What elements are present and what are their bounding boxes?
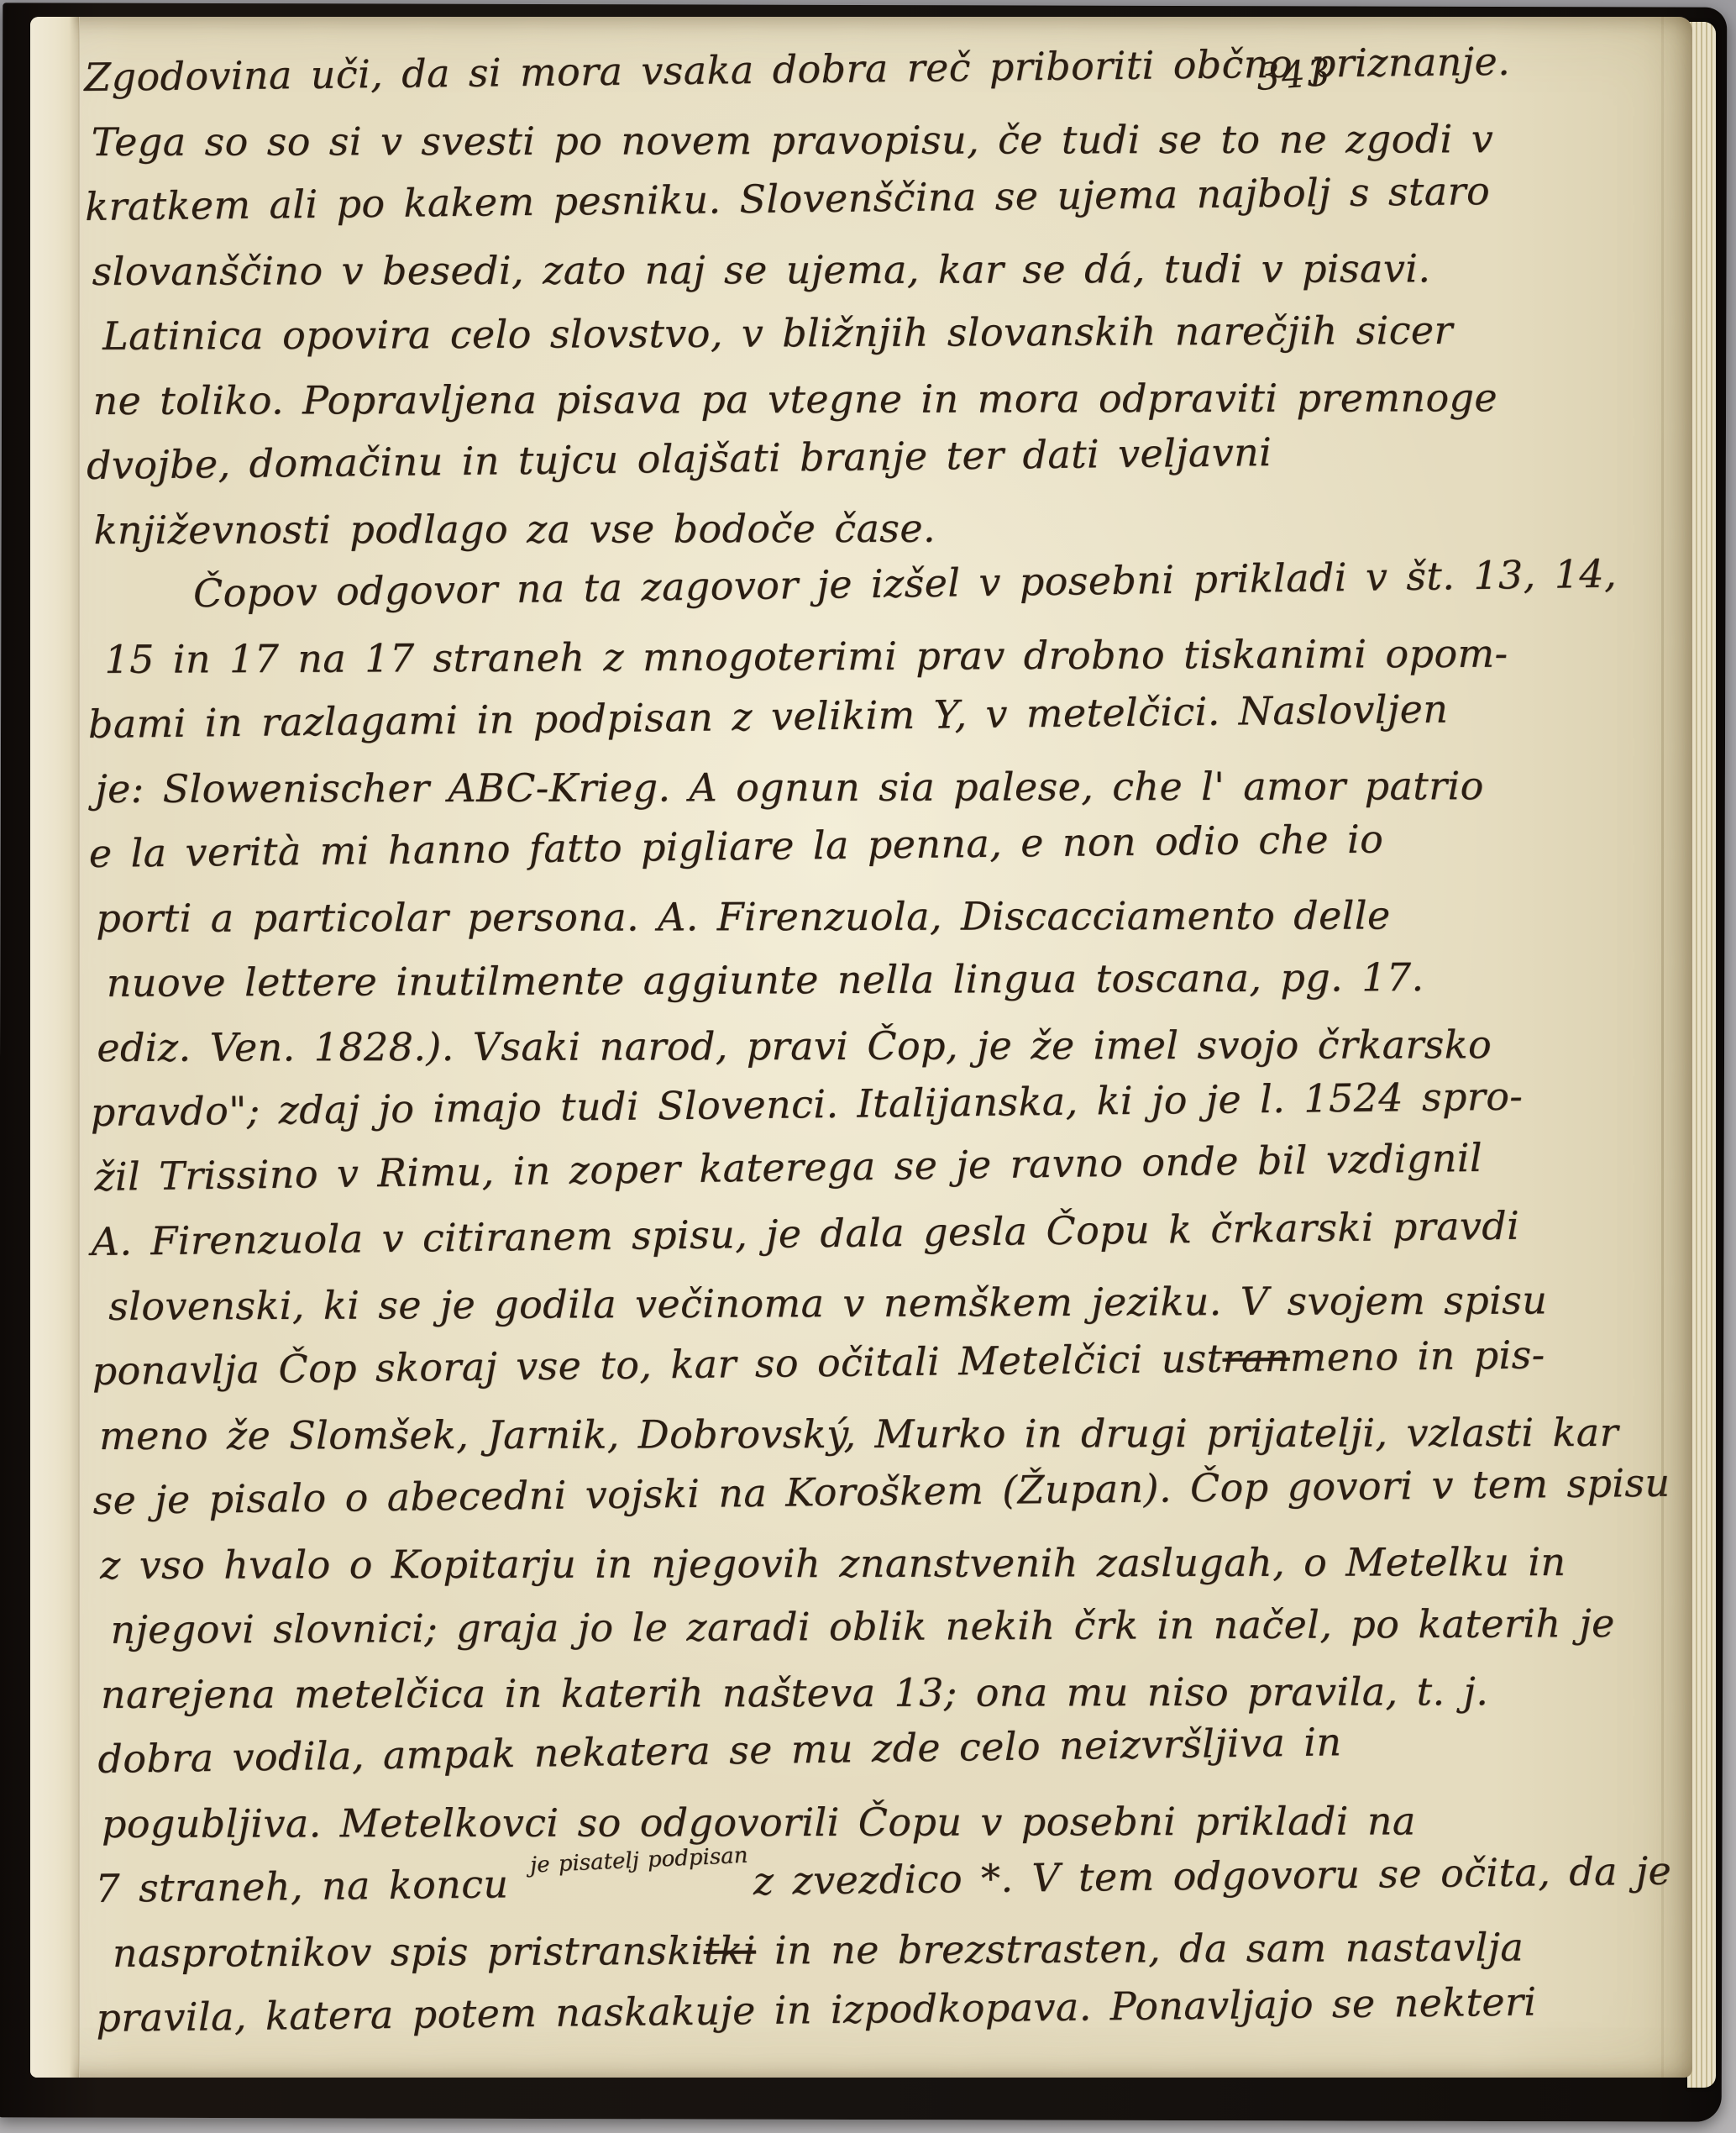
manuscript-line: z vso hvalo o Kopitarju in njegovih znan…: [100, 1530, 1692, 1598]
manuscript-line: Zgodovina uči, da si mora vsaka dobra re…: [84, 27, 1680, 110]
manuscript-line: porti a particolar persona. A. Firenzuol…: [96, 883, 1691, 951]
manuscript-photo: 343 Zgodovina uči, da si mora vsaka dobr…: [0, 0, 1736, 2133]
manuscript-text: Zgodovina uči, da si mora vsaka dobra re…: [84, 35, 1691, 2051]
manuscript-line: njegovi slovnici; graja jo le zaradi obl…: [110, 1591, 1692, 1663]
manuscript-page: 343 Zgodovina uči, da si mora vsaka dobr…: [30, 17, 1692, 2078]
manuscript-line: slovanščino v besedi, zato naj se ujema,…: [92, 236, 1687, 304]
manuscript-line: Latinica opovira celo slovstvo, v bližnj…: [102, 297, 1692, 369]
manuscript-line: nuove lettere inutilmente aggiunte nella…: [107, 944, 1692, 1016]
